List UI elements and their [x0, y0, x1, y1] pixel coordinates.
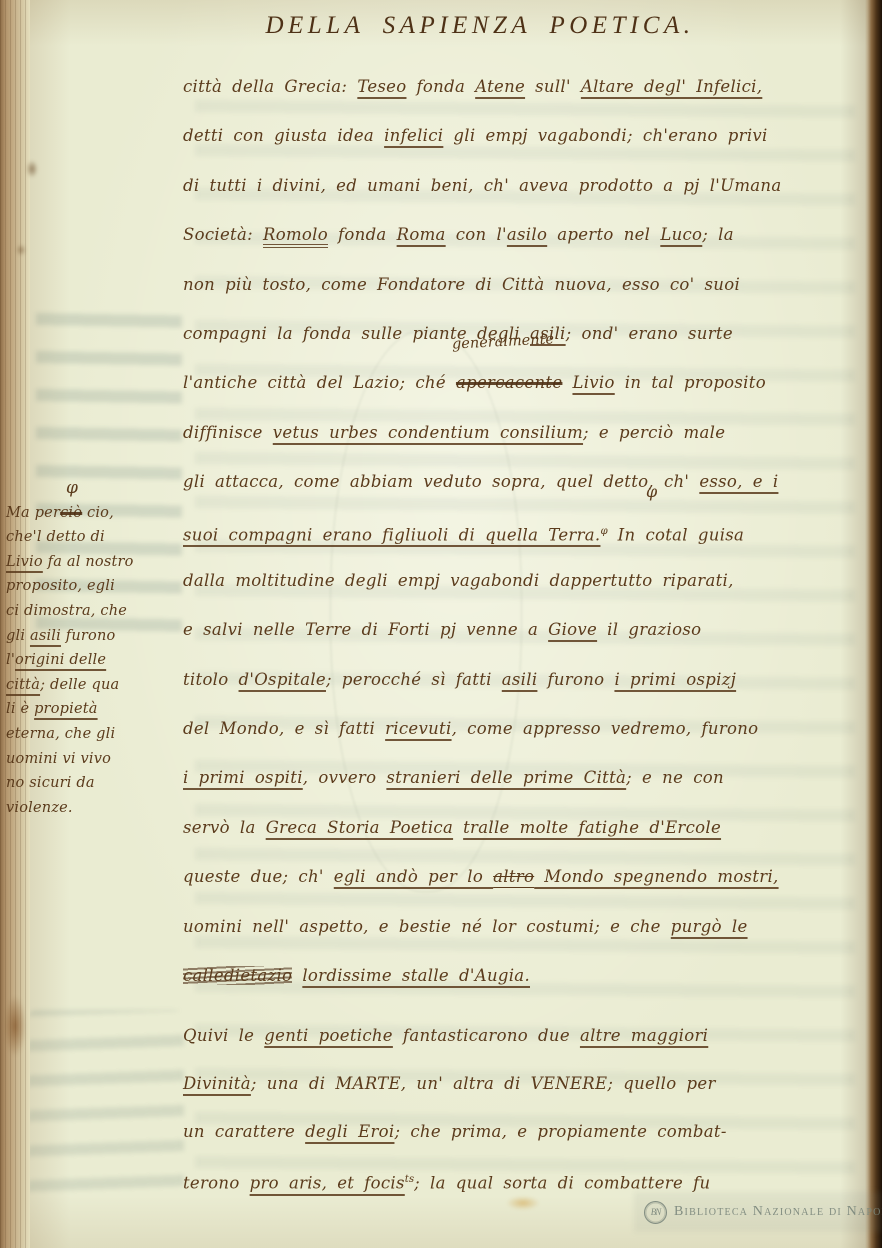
text-segment [453, 818, 463, 837]
text-segment: vetus urbes condentium consilium [273, 423, 583, 442]
ink-stain [26, 160, 38, 178]
text-segment: Roma [397, 225, 446, 244]
text-segment: , come appresso vedremo, furono [452, 719, 759, 738]
text-segment: con l' [446, 225, 507, 244]
text-segment: detti con giusta idea [183, 126, 384, 145]
text-segment: lordissime stalle d'Augia. [302, 966, 530, 985]
text-segment: fonda [328, 225, 397, 244]
ink-stain [4, 995, 26, 1057]
insertion-mark: φ [600, 526, 607, 537]
margin-note: φMa perciò cio,che'l detto diLivio fa al… [6, 476, 182, 820]
text-segment: Altare degl' Infelici, [581, 77, 762, 96]
text-line: gli asili furono [6, 624, 182, 649]
text-line: dalla moltitudine degli empj vagabondi d… [183, 556, 862, 605]
struck-text: calledietazio [183, 966, 292, 985]
text-line: φ [6, 476, 182, 501]
text-segment: i primi ospiti [183, 768, 303, 787]
text-segment: Società: [183, 225, 263, 244]
text-segment: ; e ne con [626, 768, 724, 787]
text-segment: Ma per [6, 505, 60, 521]
text-segment: terono [183, 1174, 250, 1193]
text-segment: suoi compagni erano figliuoli di quella … [183, 525, 600, 544]
text-segment: servò la [183, 818, 266, 837]
text-segment: asili [502, 670, 538, 689]
text-segment: gli empj vagabondi; ch'erano privi [443, 126, 767, 145]
text-segment: pro aris, et focis [250, 1174, 405, 1193]
text-segment: Atene [475, 77, 525, 96]
text-segment: tralle molte fatighe d'Ercole [463, 818, 721, 837]
text-segment: Quivi le [183, 1026, 264, 1045]
text-line: titolo d'Ospitale; perocché sì fatti asi… [183, 655, 862, 704]
text-segment: cio, [82, 505, 114, 521]
text-segment: Mondo spegnendo mostri, [534, 867, 778, 886]
text-segment: Romolo [263, 225, 328, 248]
text-segment: diffinisce [183, 423, 273, 442]
library-stamp-label: Biblioteca Nazionale di Napoli [674, 1204, 882, 1220]
text-segment: ; e perciò male [583, 423, 725, 442]
text-segment: ; ond' erano surte [566, 324, 733, 343]
text-line: li è propietà [6, 697, 182, 722]
struck-text: apercacente [456, 373, 562, 392]
text-line: del Mondo, e sì fatti ricevuti, come app… [183, 704, 862, 753]
text-segment: proposito, egli [6, 578, 115, 594]
text-segment: Divinità [183, 1074, 251, 1093]
text-line: uomini vi vivo [6, 747, 182, 772]
text-segment: titolo [183, 670, 239, 689]
text-line: diffinisce vetus urbes condentium consil… [183, 408, 862, 457]
text-segment: ; la [702, 225, 734, 244]
text-segment: ; delle qua [40, 677, 119, 693]
text-line: Quivi le genti poetiche fantasticarono d… [183, 1012, 862, 1060]
library-logo-icon: BN [644, 1201, 667, 1224]
text-line: città della Grecia: Teseo fonda Atene su… [183, 62, 862, 111]
text-segment: propietà [34, 701, 98, 717]
text-line: eterna, che gli [6, 722, 182, 747]
text-line: Ma perciò cio, [6, 501, 182, 526]
text-segment: furono [537, 670, 614, 689]
text-line: Divinità; una di MARTE, un' altra di VEN… [183, 1060, 862, 1108]
text-segment: uomini vi vivo [6, 751, 111, 767]
text-segment: ci dimostra, che [6, 603, 127, 619]
text-segment: egli andò per lo [334, 867, 493, 886]
text-segment: Greca Storia Poetica [266, 818, 453, 837]
page-right-edge [865, 0, 882, 1248]
text-segment: Luco [660, 225, 702, 244]
text-segment: il grazioso [597, 620, 701, 639]
text-segment: esso, e i [699, 472, 778, 491]
text-line: non più tosto, come Fondatore di Città n… [183, 260, 862, 309]
text-line: città; delle qua [6, 673, 182, 698]
text-segment: furono [61, 628, 115, 644]
text-line: gli attacca, come abbiam veduto sopra, q… [183, 457, 862, 506]
text-line: Società: Romolo fonda Roma con l'asilo a… [183, 210, 862, 259]
text-segment: , ovvero [303, 768, 387, 787]
ink-stain [16, 244, 26, 256]
text-segment: gli attacca, come abbiam veduto sopra, q… [183, 472, 699, 491]
text-line: ci dimostra, che [6, 599, 182, 624]
text-segment: dalla moltitudine degli empj vagabondi d… [183, 571, 734, 590]
text-segment: Livio [572, 373, 614, 392]
text-segment: fantasticarono due [393, 1026, 580, 1045]
text-line: calledietazio lordissime stalle d'Augia. [183, 951, 862, 1000]
manuscript-page: DELLA SAPIENZA POETICA. φMa perciò cio,c… [0, 0, 882, 1248]
text-segment: ; che prima, e propiamente combat- [394, 1122, 726, 1141]
text-segment: ; una di MARTE, un' altra di VENERE; que… [251, 1074, 716, 1093]
page-title: DELLA SAPIENZA POETICA. [120, 12, 840, 40]
text-line: l'origini delle [6, 648, 182, 673]
text-segment: ricevuti [385, 719, 451, 738]
text-segment: altre maggiori [580, 1026, 708, 1045]
text-segment: aperto nel [547, 225, 660, 244]
text-segment: d'Ospitale [239, 670, 326, 689]
text-line: violenze. [6, 796, 182, 821]
text-segment: In cotal guisa [608, 525, 745, 544]
text-segment: infelici [384, 126, 443, 145]
text-line: suoi compagni erano figliuoli di quella … [183, 507, 862, 556]
text-segment: non più tosto, come Fondatore di Città n… [183, 275, 740, 294]
text-segment: Giove [548, 620, 597, 639]
text-segment: un carattere [183, 1122, 305, 1141]
insertion-mark: ts [405, 1174, 414, 1185]
text-segment: genti poetiche [264, 1026, 393, 1045]
text-segment: gli [6, 628, 30, 644]
text-segment: l'antiche città del Lazio; ché [183, 373, 456, 392]
text-segment: sull' [525, 77, 581, 96]
text-segment: violenze. [6, 800, 73, 816]
text-segment: asilo [507, 225, 547, 244]
text-segment: del Mondo, e sì fatti [183, 719, 385, 738]
text-segment: stranieri delle prime Città [386, 768, 626, 787]
text-segment: no sicuri da [6, 775, 95, 791]
text-line: l'antiche città del Lazio; ché apercacen… [183, 358, 862, 407]
paragraph-1: città della Grecia: Teseo fonda Atene su… [183, 62, 862, 1000]
paragraph-2: Quivi le genti poetiche fantasticarono d… [183, 1012, 862, 1204]
text-line: servò la Greca Storia Poetica tralle mol… [183, 803, 862, 852]
text-segment: fa al nostro [43, 554, 134, 570]
text-segment: li è [6, 701, 34, 717]
text-line: i primi ospiti, ovvero stranieri delle p… [183, 753, 862, 802]
text-segment: i primi ospizj [614, 670, 736, 689]
text-line: queste due; ch' egli andò per lo altro M… [183, 852, 862, 901]
text-segment: uomini nell' aspetto, e bestie né lor co… [183, 917, 671, 936]
text-segment: degli Eroi [305, 1122, 394, 1141]
text-segment: eterna, che gli [6, 726, 115, 742]
text-segment: in tal proposito [615, 373, 766, 392]
text-line: di tutti i divini, ed umani beni, ch' av… [183, 161, 862, 210]
text-segment: città della Grecia: [183, 77, 357, 96]
paragraph-insertion-mark: φ [646, 482, 657, 501]
text-segment: asili [30, 628, 61, 644]
library-stamp: BN Biblioteca Nazionale di Napoli [644, 1198, 870, 1226]
text-line: proposito, egli [6, 574, 182, 599]
text-segment: Teseo [357, 77, 406, 96]
text-segment: ; perocché sì fatti [326, 670, 502, 689]
struck-text: ciò [60, 505, 82, 521]
text-line: e salvi nelle Terre di Forti pj venne a … [183, 605, 862, 654]
text-line: uomini nell' aspetto, e bestie né lor co… [183, 902, 862, 951]
text-segment: che'l detto di [6, 529, 105, 545]
text-line: un carattere degli Eroi; che prima, e pr… [183, 1108, 862, 1156]
text-segment: ; la qual sorta di combattere fu [414, 1174, 710, 1193]
text-segment: di tutti i divini, ed umani beni, ch' av… [183, 176, 782, 195]
text-segment: origini delle [15, 652, 106, 668]
text-segment: Livio [6, 554, 43, 570]
text-segment [292, 966, 302, 985]
text-segment [562, 373, 572, 392]
text-line: Livio fa al nostro [6, 550, 182, 575]
struck-text: altro [493, 867, 534, 886]
text-line: che'l detto di [6, 525, 182, 550]
text-segment: fonda [406, 77, 475, 96]
text-segment: l' [6, 652, 15, 668]
text-line: detti con giusta idea infelici gli empj … [183, 111, 862, 160]
text-segment: purgò le [671, 917, 748, 936]
text-line: no sicuri da [6, 771, 182, 796]
text-segment: φ [66, 478, 78, 498]
text-segment: e salvi nelle Terre di Forti pj venne a [183, 620, 548, 639]
bleedthrough-text [28, 1010, 184, 1210]
text-segment: città [6, 677, 40, 693]
text-segment: queste due; ch' [183, 867, 334, 886]
